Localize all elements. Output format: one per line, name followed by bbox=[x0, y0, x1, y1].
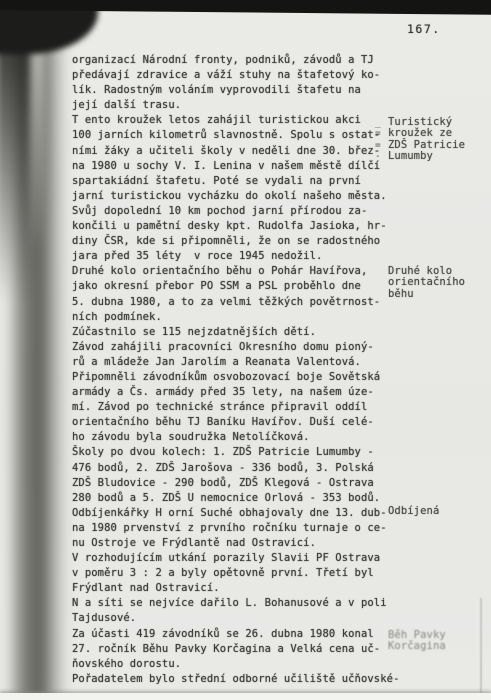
margin-note: Druhé koloorientačníhoběhu bbox=[388, 266, 488, 300]
margin-dash-marks: _==- bbox=[375, 117, 381, 163]
margin-note: Běh PavkyKorčagina bbox=[388, 630, 488, 653]
margin-note-line: běhu bbox=[388, 289, 488, 300]
dash-mark: _ bbox=[375, 117, 381, 128]
dash-mark: = bbox=[375, 128, 381, 139]
dash-mark: = bbox=[375, 140, 381, 151]
margin-note-line: Korčagina bbox=[388, 641, 488, 652]
margin-note: Odbíjená bbox=[388, 506, 488, 517]
page-bottom-edge bbox=[0, 693, 491, 700]
page-edge-line bbox=[480, 598, 482, 694]
margin-notes: _==-Turistickýkroužek zeZDŠ PatricieLumu… bbox=[0, 0, 491, 700]
scanned-chronicle-page: 167. organizací Národní fronty, podniků,… bbox=[0, 0, 491, 700]
margin-note: _==-Turistickýkroužek zeZDŠ PatricieLumu… bbox=[388, 117, 488, 163]
margin-note-line: Lumumby bbox=[388, 151, 488, 162]
margin-note-line: Odbíjená bbox=[388, 506, 488, 517]
dash-mark: - bbox=[375, 151, 381, 162]
